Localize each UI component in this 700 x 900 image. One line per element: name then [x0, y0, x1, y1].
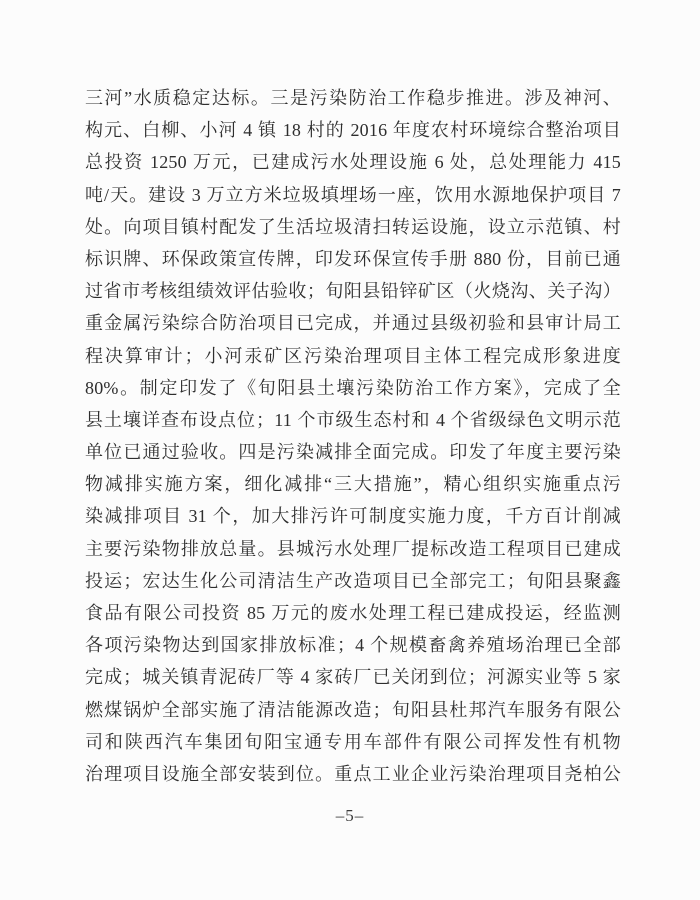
text-line: 投运；宏达生化公司清洁生产改造项目已全部完工；旬阳县聚鑫	[85, 565, 621, 597]
text-line: 治理项目设施全部安装到位。重点工业企业污染治理项目尧柏公	[85, 758, 621, 790]
text-line: 食品有限公司投资 85 万元的废水处理工程已建成投运，经监测	[85, 597, 621, 629]
text-line: 司和陕西汽车集团旬阳宝通专用车部件有限公司挥发性有机物	[85, 726, 621, 758]
page-number: –5–	[0, 806, 700, 826]
text-line: 吨/天。建设 3 万立方米垃圾填埋场一座，饮用水源地保护项目 7	[85, 179, 621, 211]
text-line: 过省市考核组绩效评估验收；旬阳县铅锌矿区（火烧沟、关子沟）	[85, 275, 621, 307]
text-line: 三河”水质稳定达标。三是污染防治工作稳步推进。涉及神河、	[85, 82, 621, 114]
text-line: 各项污染物达到国家排放标准；4 个规模畜禽养殖场治理已全部	[85, 629, 621, 661]
text-line: 主要污染物排放总量。县城污水处理厂提标改造工程项目已建成	[85, 533, 621, 565]
text-line: 重金属污染综合防治项目已完成，并通过县级初验和县审计局工	[85, 307, 621, 339]
text-line: 燃煤锅炉全部实施了清洁能源改造；旬阳县杜邦汽车服务有限公	[85, 694, 621, 726]
text-line: 单位已通过验收。四是污染减排全面完成。印发了年度主要污染	[85, 436, 621, 468]
text-line: 构元、白柳、小河 4 镇 18 村的 2016 年度农村环境综合整治项目	[85, 114, 621, 146]
text-line: 完成；城关镇青泥砖厂等 4 家砖厂已关闭到位；河源实业等 5 家	[85, 661, 621, 693]
text-line: 处。向项目镇村配发了生活垃圾清扫转运设施，设立示范镇、村	[85, 211, 621, 243]
text-line: 县土壤详查布设点位；11 个市级生态村和 4 个省级绿色文明示范	[85, 404, 621, 436]
text-line: 80%。制定印发了《旬阳县土壤污染防治工作方案》，完成了全	[85, 372, 621, 404]
text-line: 程决算审计；小河汞矿区污染治理项目主体工程完成形象进度	[85, 340, 621, 372]
text-line: 染减排项目 31 个，加大排污许可制度实施力度，千方百计削减	[85, 500, 621, 532]
document-page: 三河”水质稳定达标。三是污染防治工作稳步推进。涉及神河、 构元、白柳、小河 4 …	[0, 0, 700, 900]
text-line: 总投资 1250 万元，已建成污水处理设施 6 处，总处理能力 415	[85, 146, 621, 178]
text-line: 物减排实施方案，细化减排“三大措施”，精心组织实施重点污	[85, 468, 621, 500]
text-line: 标识牌、环保政策宣传牌，印发环保宣传手册 880 份，目前已通	[85, 243, 621, 275]
body-text: 三河”水质稳定达标。三是污染防治工作稳步推进。涉及神河、 构元、白柳、小河 4 …	[85, 82, 621, 790]
